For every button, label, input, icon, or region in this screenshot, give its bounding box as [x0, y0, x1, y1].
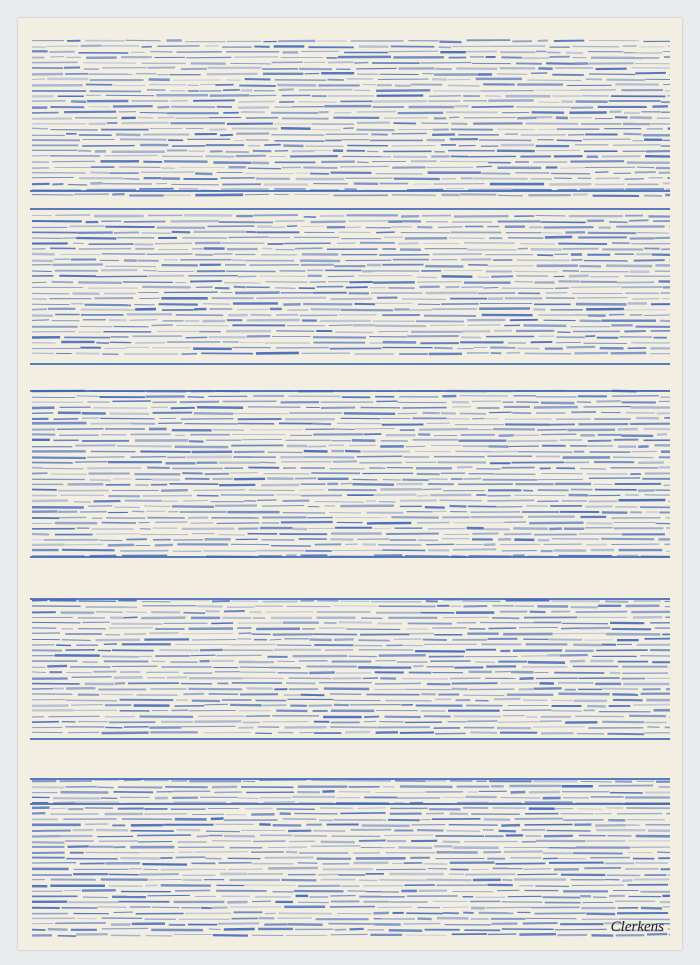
horizontal-rule — [30, 556, 670, 558]
artist-signature: Clerkens — [611, 919, 664, 936]
horizontal-rule — [30, 390, 670, 392]
horizontal-rule — [30, 803, 670, 805]
horizontal-rule — [30, 738, 670, 740]
horizontal-rule — [30, 598, 670, 600]
hatch-band — [32, 778, 670, 938]
hatch-band — [32, 213, 670, 358]
artwork-sheet: Clerkens — [18, 18, 682, 950]
horizontal-rule — [30, 363, 670, 365]
horizontal-rule — [30, 190, 670, 192]
hatch-band — [32, 38, 670, 198]
horizontal-rule — [30, 778, 670, 780]
horizontal-rule — [30, 208, 670, 210]
hatch-band — [32, 388, 670, 558]
hatch-band — [32, 598, 670, 738]
